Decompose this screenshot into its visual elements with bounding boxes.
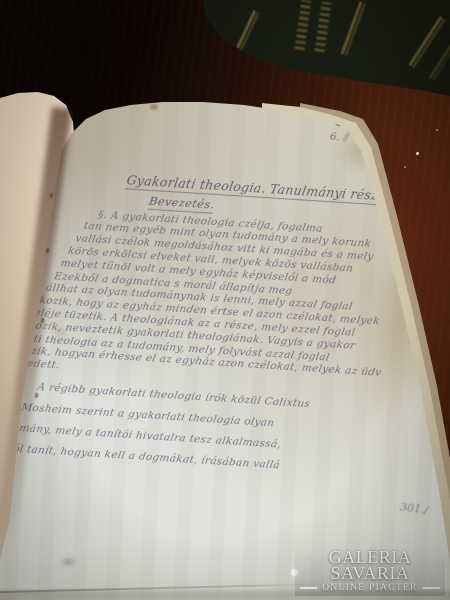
watermark-title: GALÉRIA SAVARIA — [295, 549, 445, 581]
spine-gilt-lettering — [315, 2, 332, 53]
handwritten-text-block: Gyakorlati theologia. Tanulmányi rész Be… — [3, 170, 417, 486]
watermark-rule — [423, 587, 440, 589]
spine-gilt-lettering — [295, 0, 312, 50]
watermark-subtitle-text: ONLINE PIACTÉR — [322, 583, 418, 593]
page-stain — [150, 104, 158, 110]
handwritten-margin-mark: 301./ — [400, 502, 429, 516]
dust-speck — [436, 129, 438, 131]
photo-antique-manuscript: 6. Gyakorlati theologia. Tanulmányi rész… — [0, 0, 450, 600]
watermark: GALÉRIA SAVARIA ONLINE PIACTÉR — [295, 547, 445, 596]
spine-gilt-fillet — [341, 1, 363, 55]
manuscript-right-page: 6. Gyakorlati theologia. Tanulmányi rész… — [0, 0, 450, 600]
spine-gilt-fillet — [428, 32, 450, 80]
spine-gilt-fillet — [231, 10, 257, 60]
spine-gilt-fillet — [408, 16, 442, 66]
watermark-subtitle: ONLINE PIACTÉR — [295, 583, 445, 593]
page-smudge — [63, 559, 74, 565]
watermark-rule — [300, 587, 317, 589]
handwritten-paragraph-2: A régibb gyakorlati theologia írók közül… — [3, 380, 378, 486]
dust-speck — [404, 166, 406, 168]
dust-speck — [416, 152, 419, 155]
page-corner-number: 6. — [330, 133, 340, 144]
